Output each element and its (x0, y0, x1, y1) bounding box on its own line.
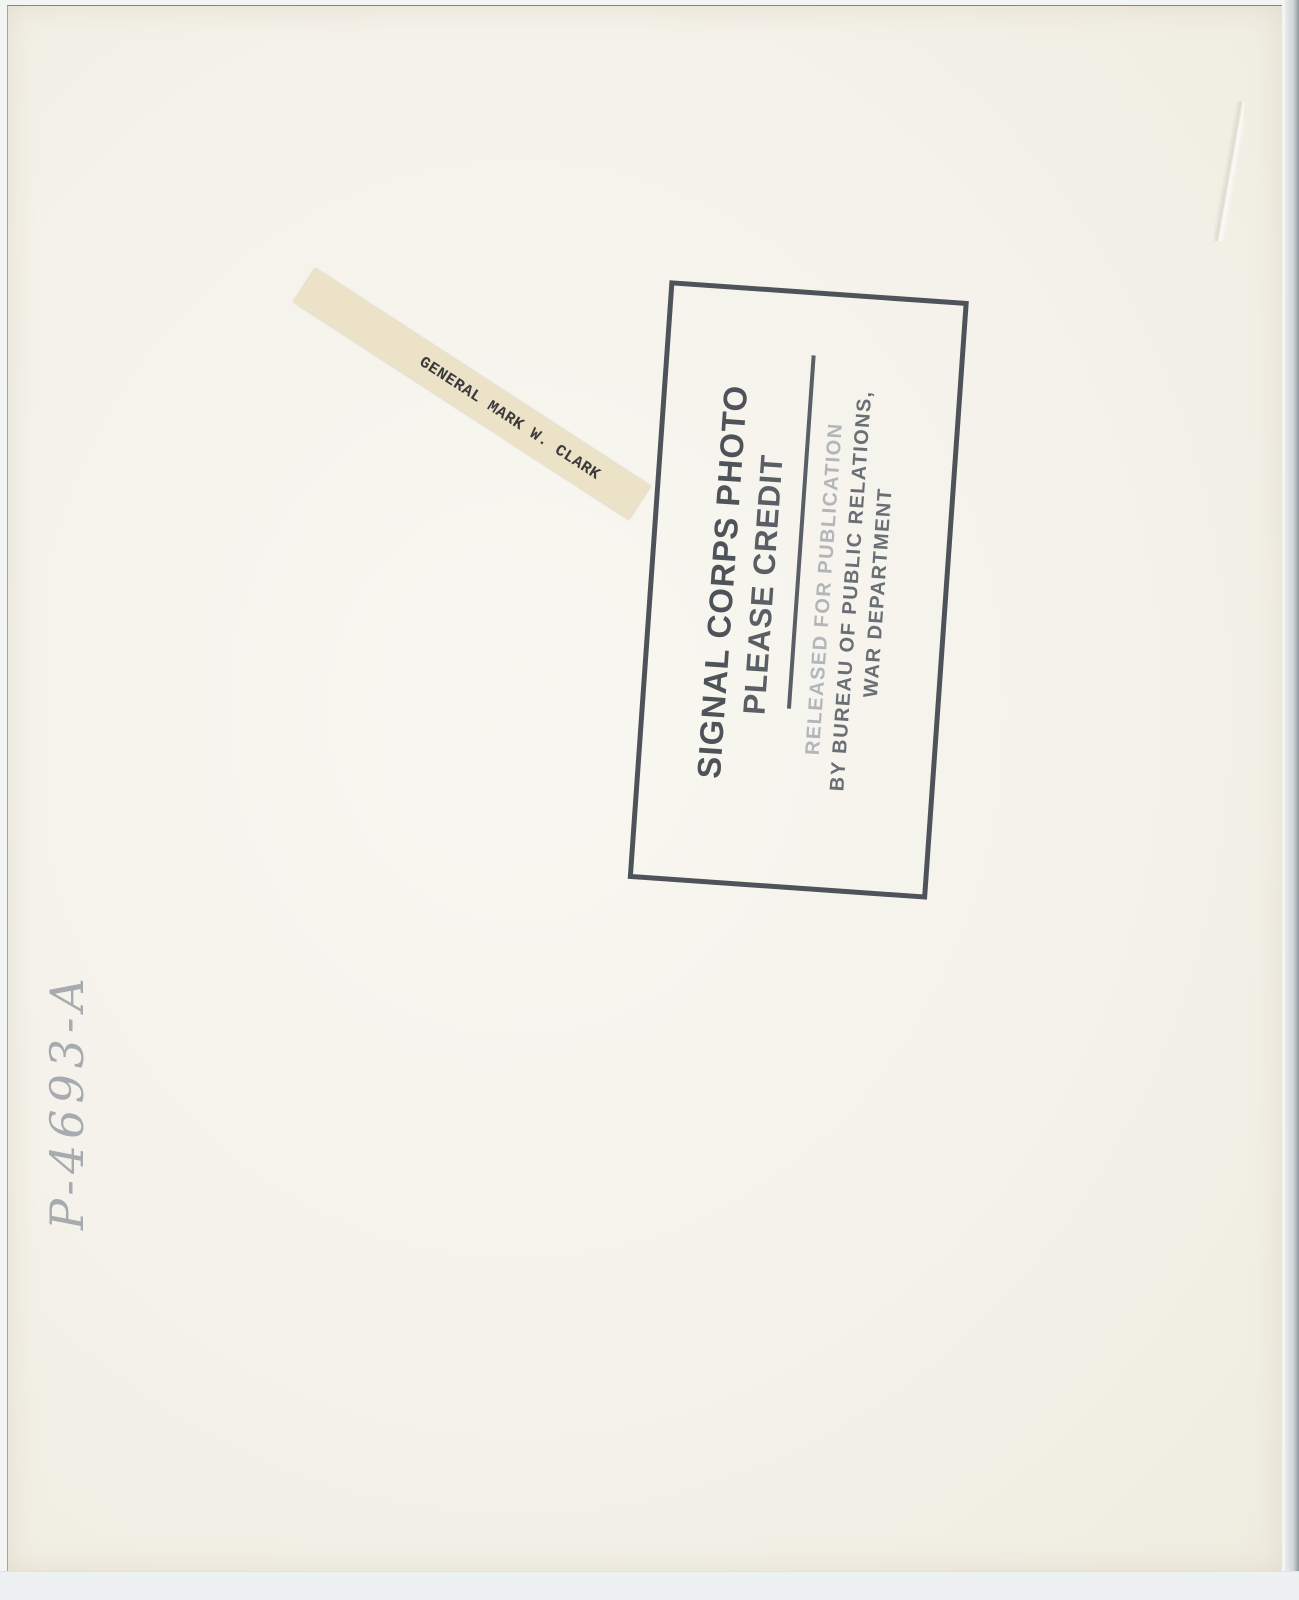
signal-corps-stamp: SIGNAL CORPS PHOTO PLEASE CREDIT RELEASE… (634, 320, 966, 810)
stamp-border: SIGNAL CORPS PHOTO PLEASE CREDIT RELEASE… (628, 280, 969, 899)
pencil-catalog-number: P-4693-A (40, 972, 94, 1230)
scan-edge-bottom (0, 1571, 1299, 1600)
scan-edge-right (1285, 0, 1299, 1600)
paper-crease (1214, 101, 1244, 241)
